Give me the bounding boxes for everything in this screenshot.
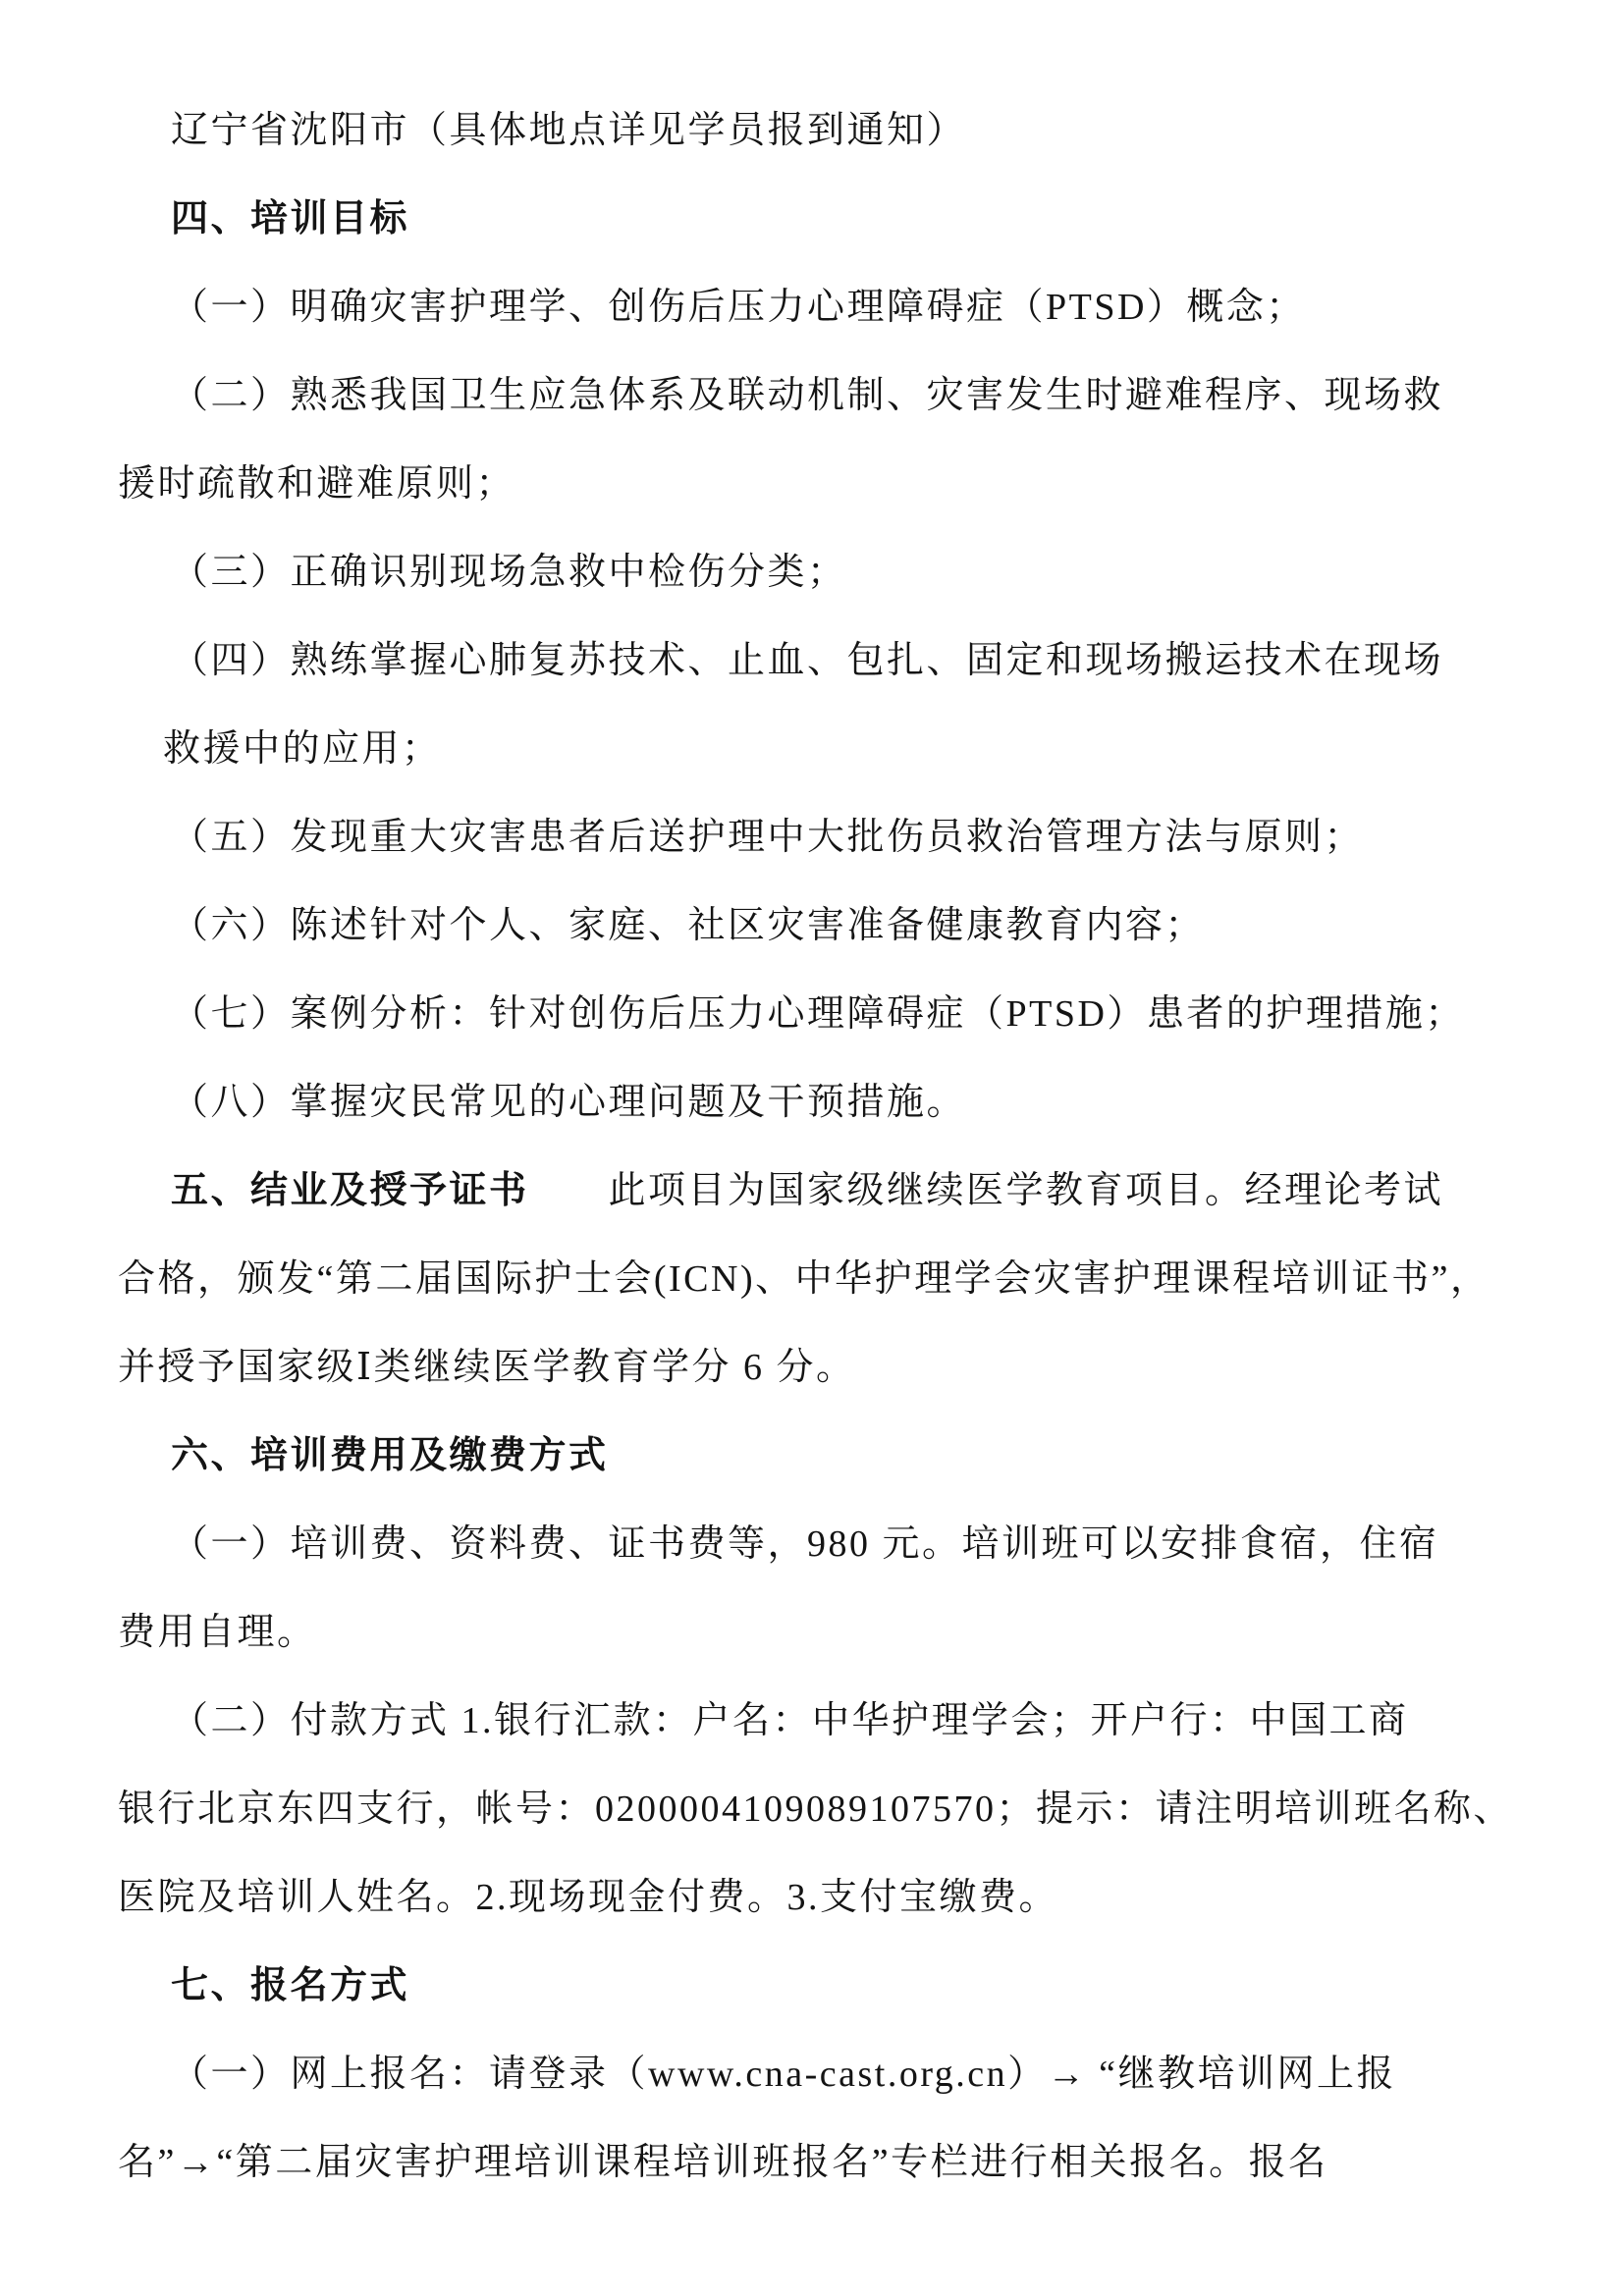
document-line: 并授予国家级Ⅰ类继续医学教育学分 6 分。 (118, 1323, 1507, 1412)
document-line: （四）熟练掌握心肺复苏技术、止血、包扎、固定和现场搬运技术在现场 (118, 616, 1507, 705)
body-text: 名”→“第二届灾害护理培训课程培训班报名”专栏进行相关报名。报名 (118, 2142, 1328, 2183)
body-text: （二）熟悉我国卫生应急体系及联动机制、灾害发生时避难程序、现场救 (171, 375, 1443, 416)
body-text: 医院及培训人姓名。2.现场现金付费。3.支付宝缴费。 (118, 1877, 1058, 1918)
document-line: （二）付款方式 1.银行汇款：户名：中华护理学会；开户行：中国工商 (118, 1677, 1507, 1765)
document-line: 六、培训费用及缴费方式 (118, 1412, 1507, 1500)
body-text: （六）陈述针对个人、家庭、社区灾害准备健康教育内容； (171, 905, 1205, 946)
document-line: 四、培训目标 (118, 175, 1507, 263)
body-text: 辽宁省沈阳市（具体地点详见学员报到通知） (171, 110, 966, 151)
document-line: （八）掌握灾民常见的心理问题及干预措施。 (118, 1058, 1507, 1147)
document-line: 名”→“第二届灾害护理培训课程培训班报名”专栏进行相关报名。报名 (118, 2118, 1507, 2207)
body-text: 合格，颁发“第二届国际护士会(ICN)、中华护理学会灾害护理课程培训证书”， (118, 1258, 1490, 1300)
body-text: （一）明确灾害护理学、创伤后压力心理障碍症（PTSD）概念； (171, 287, 1306, 328)
document-body: 辽宁省沈阳市（具体地点详见学员报到通知）四、培训目标（一）明确灾害护理学、创伤后… (118, 86, 1507, 2207)
body-text: 援时疏散和避难原则； (118, 463, 515, 505)
section-heading-text: 七、报名方式 (171, 1965, 409, 2006)
document-line: 合格，颁发“第二届国际护士会(ICN)、中华护理学会灾害护理课程培训证书”， (118, 1235, 1507, 1323)
document-line: （二）熟悉我国卫生应急体系及联动机制、灾害发生时避难程序、现场救 (118, 351, 1507, 440)
body-text: （四）熟练掌握心肺复苏技术、止血、包扎、固定和现场搬运技术在现场 (171, 640, 1443, 681)
body-text: （三）正确识别现场急救中检伤分类； (171, 552, 847, 593)
body-text: （一）网上报名：请登录（www.cna-cast.org.cn）→ “继教培训网… (171, 2054, 1396, 2095)
document-line: （三）正确识别现场急救中检伤分类； (118, 528, 1507, 616)
section-heading-text: 四、培训目标 (171, 198, 409, 240)
document-line: 五、结业及授予证书 此项目为国家级继续医学教育项目。经理论考试 (118, 1147, 1507, 1235)
body-text: 救援中的应用； (163, 728, 442, 770)
document-line: （一）培训费、资料费、证书费等，980 元。培训班可以安排食宿，住宿 (118, 1500, 1507, 1588)
section-heading-text: 五、结业及授予证书 (171, 1170, 529, 1211)
body-text: （一）培训费、资料费、证书费等，980 元。培训班可以安排食宿，住宿 (171, 1523, 1439, 1565)
document-line: 救援中的应用； (118, 705, 1507, 793)
document-line: （一）明确灾害护理学、创伤后压力心理障碍症（PTSD）概念； (118, 263, 1507, 351)
document-line: （六）陈述针对个人、家庭、社区灾害准备健康教育内容； (118, 881, 1507, 970)
body-text: （八）掌握灾民常见的心理问题及干预措施。 (171, 1082, 966, 1123)
document-line: 辽宁省沈阳市（具体地点详见学员报到通知） (118, 86, 1507, 175)
body-text: （七）案例分析：针对创伤后压力心理障碍症（PTSD）患者的护理措施； (171, 993, 1465, 1035)
body-text: （二）付款方式 1.银行汇款：户名：中华护理学会；开户行：中国工商 (171, 1700, 1409, 1741)
document-line: 医院及培训人姓名。2.现场现金付费。3.支付宝缴费。 (118, 1853, 1507, 1942)
body-text: 此项目为国家级继续医学教育项目。经理论考试 (529, 1170, 1444, 1211)
document-line: 援时疏散和避难原则； (118, 440, 1507, 528)
document-page: 辽宁省沈阳市（具体地点详见学员报到通知）四、培训目标（一）明确灾害护理学、创伤后… (0, 0, 1624, 2296)
body-text: 费用自理。 (118, 1612, 317, 1653)
document-line: 银行北京东四支行，帐号：0200004109089107570；提示：请注明培训… (118, 1765, 1507, 1853)
section-heading-text: 六、培训费用及缴费方式 (171, 1435, 609, 1476)
document-line: （一）网上报名：请登录（www.cna-cast.org.cn）→ “继教培训网… (118, 2030, 1507, 2118)
body-text: （五）发现重大灾害患者后送护理中大批伤员救治管理方法与原则； (171, 817, 1364, 858)
document-line: 七、报名方式 (118, 1942, 1507, 2030)
document-line: （五）发现重大灾害患者后送护理中大批伤员救治管理方法与原则； (118, 793, 1507, 881)
body-text: 银行北京东四支行，帐号：0200004109089107570；提示：请注明培训… (118, 1789, 1513, 1830)
document-line: 费用自理。 (118, 1588, 1507, 1677)
document-line: （七）案例分析：针对创伤后压力心理障碍症（PTSD）患者的护理措施； (118, 970, 1507, 1058)
body-text: 并授予国家级Ⅰ类继续医学教育学分 6 分。 (118, 1347, 856, 1388)
